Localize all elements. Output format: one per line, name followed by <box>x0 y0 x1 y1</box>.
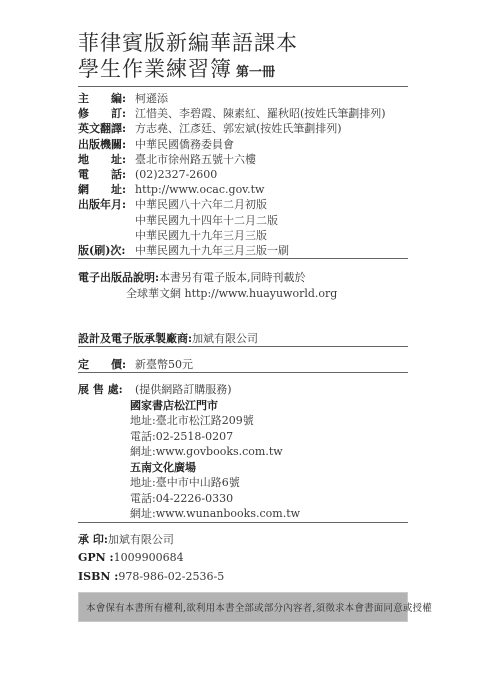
field-label: 地址: <box>130 413 156 429</box>
info-row-edition-printing: 版(刷)次: 中華民國九十九年三月三版一刷 <box>78 243 408 258</box>
design-firm-row: 設計及電子版承製廠商: 加斌有限公司 <box>78 331 408 346</box>
field-value: 中華民國僑務委員會 <box>135 137 234 152</box>
copyright-notice-text: 本會保有本書所有權利,欲利用本書全部或部分內容者,須徵求本會書面同意或授權 <box>86 600 432 614</box>
volume-label: 第一冊 <box>236 65 275 80</box>
store-website-row: 網址: www.wunanbooks.com.tw <box>130 506 408 522</box>
field-value: 方志堯、江彥廷、郭宏斌(按姓氏筆劃排列) <box>135 121 342 136</box>
field-label: 承 印: <box>78 531 108 550</box>
store-url: www.govbooks.com.tw <box>156 444 283 460</box>
info-row-phone: 電 話: (02)2327-2600 <box>78 167 408 182</box>
info-row-pubdate-2: 中華民國九十四年十二月二版 <box>78 213 408 228</box>
field-value: 江惜美、李碧霞、陳素紅、羅秋昭(按姓氏筆劃排列) <box>135 106 386 121</box>
field-label: 電 話: <box>78 167 135 182</box>
divider <box>78 346 408 347</box>
field-label: 地址: <box>130 475 156 491</box>
store-url: www.wunanbooks.com.tw <box>156 506 300 522</box>
field-value: 加斌有限公司 <box>108 531 174 550</box>
field-value: 柯遜添 <box>135 91 168 106</box>
publication-info-list: 主 編: 柯遜添 修 訂: 江惜美、李碧霞、陳素紅、羅秋昭(按姓氏筆劃排列) 英… <box>78 91 408 258</box>
gpn-row: GPN : 1009900684 <box>78 549 408 568</box>
isbn-number: 978-986-02-2536-5 <box>118 568 224 587</box>
field-value: 中華民國九十九年三月三版 <box>135 228 267 243</box>
field-label: ISBN : <box>78 568 118 587</box>
gpn-number: 1009900684 <box>114 549 184 568</box>
store-name: 國家書店松江門市 <box>130 398 408 414</box>
field-label: 網 址: <box>78 182 135 197</box>
field-value: 中華民國九十九年三月三版一刷 <box>135 243 289 258</box>
field-label: 展 售 處: <box>78 382 135 397</box>
field-value: 加斌有限公司 <box>192 331 258 346</box>
store-wunan: 五南文化廣場 地址: 臺中市中山路6號 電話: 04-2226-0330 網址:… <box>78 460 408 522</box>
sales-note: (提供網路訂購服務) <box>135 382 232 397</box>
field-label: 定 價: <box>78 357 135 372</box>
store-address-row: 地址: 臺中市中山路6號 <box>130 475 408 491</box>
colophon-page: 菲律賓版新編華語課本 學生作業練習簿第一冊 主 編: 柯遜添 修 訂: 江惜美、… <box>78 0 408 674</box>
field-label: 電話: <box>130 429 156 445</box>
field-label: 修 訂: <box>78 106 135 121</box>
sales-header-row: 展 售 處: (提供網路訂購服務) <box>78 382 408 397</box>
divider <box>78 372 408 373</box>
field-label: 電話: <box>130 491 156 507</box>
info-row-translators: 英文翻譯: 方志堯、江彥廷、郭宏斌(按姓氏筆劃排列) <box>78 121 408 136</box>
printer-row: 承 印: 加斌有限公司 <box>78 531 408 550</box>
epub-line1: 電子出版品說明:本書另有電子版本,同時刊載於 <box>78 270 408 286</box>
field-label: 出版機關: <box>78 137 135 152</box>
field-label: 網址: <box>130 444 156 460</box>
info-row-publisher: 出版機關: 中華民國僑務委員會 <box>78 137 408 152</box>
book-title-line2: 學生作業練習簿第一冊 <box>78 56 408 86</box>
store-phone-row: 電話: 04-2226-0330 <box>130 491 408 507</box>
info-row-pubdate-3: 中華民國九十九年三月三版 <box>78 228 408 243</box>
book-subtitle: 學生作業練習簿 <box>78 57 232 81</box>
field-value: 臺中市中山路6號 <box>156 475 240 491</box>
isbn-row: ISBN : 978-986-02-2536-5 <box>78 568 408 587</box>
sales-outlets: 展 售 處: (提供網路訂購服務) 國家書店松江門市 地址: 臺北市松江路209… <box>78 382 408 521</box>
store-name: 五南文化廣場 <box>130 460 408 476</box>
price-row: 定 價: 新臺幣50元 <box>78 357 408 372</box>
field-value: 臺北市徐州路五號十六樓 <box>135 152 256 167</box>
copyright-notice-box: 本會保有本書所有權利,欲利用本書全部或部分內容者,須徵求本會書面同意或授權 <box>78 592 408 622</box>
divider <box>78 522 408 523</box>
store-govbooks: 國家書店松江門市 地址: 臺北市松江路209號 電話: 02-2518-0207… <box>78 398 408 460</box>
field-label: 設計及電子版承製廠商: <box>78 331 192 346</box>
divider <box>78 258 408 259</box>
field-value: 中華民國八十六年二月初版 <box>135 197 267 212</box>
field-label: 英文翻譯: <box>78 121 135 136</box>
store-website-row: 網址: www.govbooks.com.tw <box>130 444 408 460</box>
print-codes: 承 印: 加斌有限公司 GPN : 1009900684 ISBN : 978-… <box>78 531 408 587</box>
field-value: 新臺幣50元 <box>135 357 193 372</box>
field-value: 02-2518-0207 <box>156 429 233 445</box>
publisher-url: http://www.ocac.gov.tw <box>135 182 264 197</box>
field-value: 本書另有電子版本,同時刊載於 <box>159 271 306 284</box>
book-title: 菲律賓版新編華語課本 學生作業練習簿第一冊 <box>78 0 408 86</box>
field-value: (02)2327-2600 <box>135 167 217 182</box>
store-phone-row: 電話: 02-2518-0207 <box>130 429 408 445</box>
field-label: 網址: <box>130 506 156 522</box>
field-label <box>78 228 135 243</box>
field-value: 臺北市松江路209號 <box>156 413 254 429</box>
info-row-pubdate-1: 出版年月: 中華民國八十六年二月初版 <box>78 197 408 212</box>
field-label: GPN : <box>78 549 114 568</box>
info-row-editor: 主 編: 柯遜添 <box>78 91 408 106</box>
field-label: 版(刷)次: <box>78 243 135 258</box>
store-address-row: 地址: 臺北市松江路209號 <box>130 413 408 429</box>
field-value: 04-2226-0330 <box>156 491 233 507</box>
info-row-website: 網 址: http://www.ocac.gov.tw <box>78 182 408 197</box>
field-label: 出版年月: <box>78 197 135 212</box>
info-row-address: 地 址: 臺北市徐州路五號十六樓 <box>78 152 408 167</box>
field-label: 主 編: <box>78 91 135 106</box>
field-value: 中華民國九十四年十二月二版 <box>135 213 278 228</box>
info-row-revisers: 修 訂: 江惜美、李碧霞、陳素紅、羅秋昭(按姓氏筆劃排列) <box>78 106 408 121</box>
field-label <box>78 213 135 228</box>
field-label: 地 址: <box>78 152 135 167</box>
field-label: 電子出版品說明: <box>78 271 159 284</box>
book-title-line1: 菲律賓版新編華語課本 <box>78 30 408 56</box>
epub-note: 電子出版品說明:本書另有電子版本,同時刊載於 全球華文網 http://www.… <box>78 270 408 302</box>
epub-line2: 全球華文網 http://www.huayuworld.org <box>78 286 408 302</box>
divider <box>78 86 408 87</box>
